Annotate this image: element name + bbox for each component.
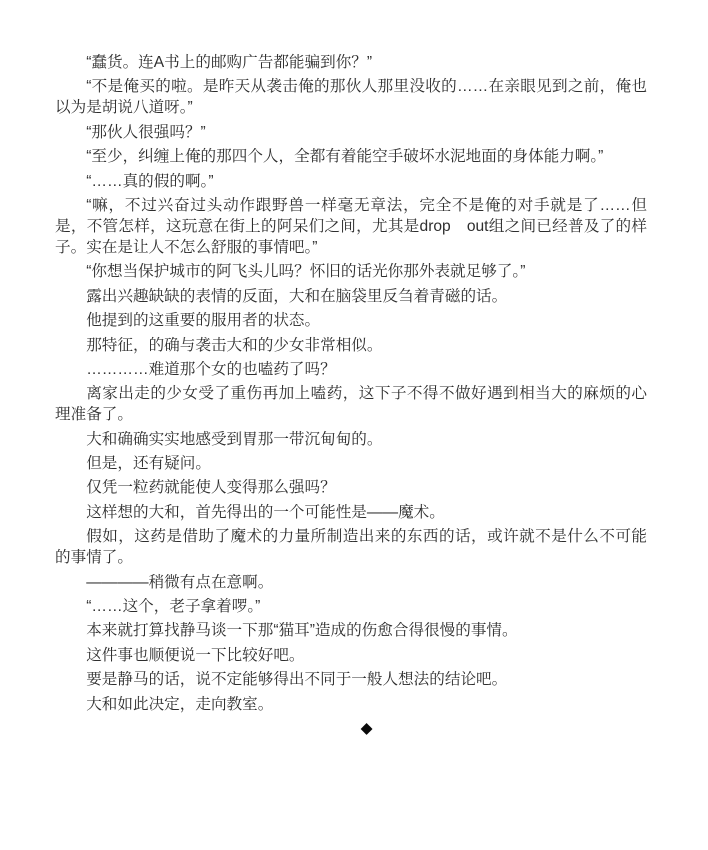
paragraph: 那特征，的确与袭击大和的少女非常相似。 bbox=[55, 335, 647, 356]
paragraph: 本来就打算找静马谈一下那“猫耳”造成的伤愈合得很慢的事情。 bbox=[55, 620, 647, 641]
paragraph: “……真的假的啊。” bbox=[55, 171, 647, 192]
document-page: “蠢货。连A书上的邮购广告都能骗到你？” “不是俺买的啦。是昨天从袭击俺的那伙人… bbox=[0, 0, 708, 850]
paragraph: 露出兴趣缺缺的表情的反面，大和在脑袋里反刍着青磁的话。 bbox=[55, 286, 647, 307]
paragraph: 仅凭一粒药就能使人变得那么强吗？ bbox=[55, 477, 647, 498]
paragraph: 他提到的这重要的服用者的状态。 bbox=[55, 310, 647, 331]
paragraph: 要是静马的话，说不定能够得出不同于一般人想法的结论吧。 bbox=[55, 669, 647, 690]
text-content: “蠢货。连A书上的邮购广告都能骗到你？” “不是俺买的啦。是昨天从袭击俺的那伙人… bbox=[0, 0, 647, 739]
paragraph: 这件事也顺便说一下比较好吧。 bbox=[55, 645, 647, 666]
paragraph: 这样想的大和，首先得出的一个可能性是——魔术。 bbox=[55, 502, 647, 523]
paragraph: 假如，这药是借助了魔术的力量所制造出来的东西的话，或许就不是什么不可能的事情了。 bbox=[55, 526, 647, 568]
paragraph: 大和如此决定，走向教室。 bbox=[55, 694, 647, 715]
paragraph: “蠢货。连A书上的邮购广告都能骗到你？” bbox=[55, 52, 647, 73]
paragraph: “那伙人很强吗？” bbox=[55, 122, 647, 143]
paragraph: 大和确确实实地感受到胃那一带沉甸甸的。 bbox=[55, 429, 647, 450]
paragraph: “你想当保护城市的阿飞头儿吗？怀旧的话光你那外表就足够了。” bbox=[55, 261, 647, 282]
paragraph: “至少，纠缠上俺的那四个人，全都有着能空手破坏水泥地面的身体能力啊。” bbox=[55, 146, 647, 167]
paragraph: 但是，还有疑问。 bbox=[55, 453, 647, 474]
paragraph: …………难道那个女的也嗑药了吗？ bbox=[55, 359, 647, 380]
paragraph: “……这个，老子拿着啰。” bbox=[55, 596, 647, 617]
paragraph: 离家出走的少女受了重伤再加上嗑药，这下子不得不做好遇到相当大的麻烦的心理准备了。 bbox=[55, 383, 647, 425]
paragraph: “不是俺买的啦。是昨天从袭击俺的那伙人那里没收的……在亲眼见到之前，俺也以为是胡… bbox=[55, 76, 647, 118]
paragraph: ————稍微有点在意啊。 bbox=[55, 572, 647, 593]
paragraph: “嘛，不过兴奋过头动作跟野兽一样毫无章法，完全不是俺的对手就是了……但是，不管怎… bbox=[55, 195, 647, 258]
section-separator-diamond-icon: ◆ bbox=[55, 718, 647, 739]
